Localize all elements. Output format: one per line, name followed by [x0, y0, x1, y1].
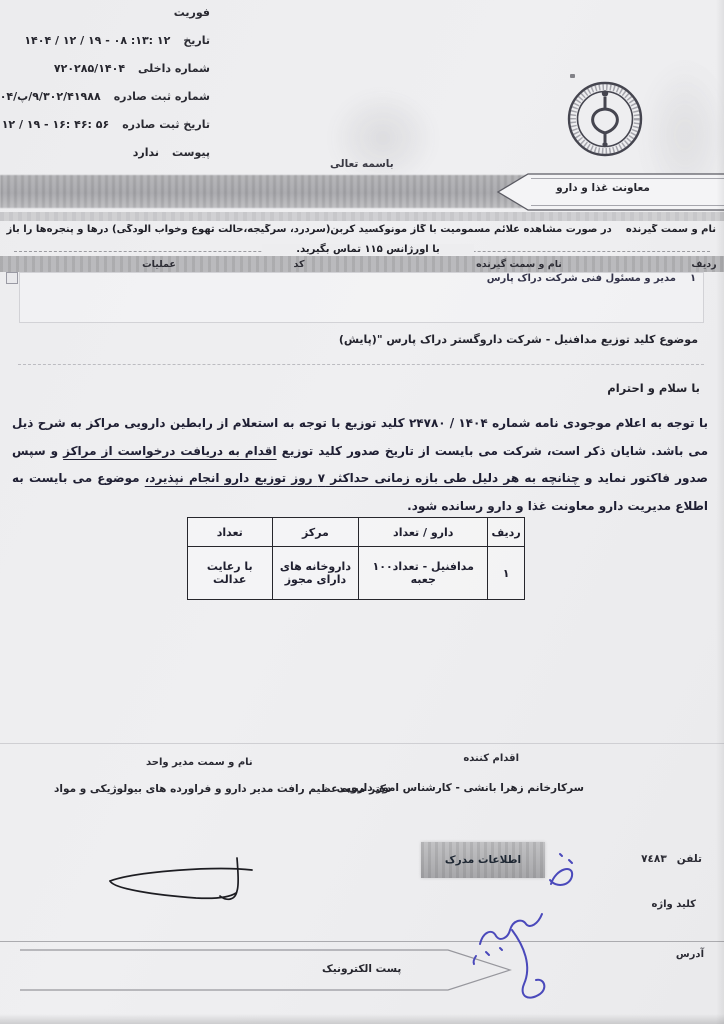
col-name: نام و سمت گیرنده	[354, 259, 684, 270]
header-count: تعداد	[188, 518, 273, 547]
attachment-value: ندارد	[133, 146, 159, 159]
cell-center: داروخانه های دارای مجوز	[272, 547, 359, 600]
meta-attachment-row: پیوست ندارد	[18, 146, 210, 159]
subject-line: موضوع کلید توزیع مدافنیل - شرکت داروگستر…	[339, 333, 698, 346]
recipient-warning-line: نام و سمت گیرنده در صورت مشاهده علائم مس…	[4, 224, 716, 235]
header-center: مرکز	[272, 518, 359, 547]
co-warning-text-2: با اورژانس ۱۱۵ تماس بگیرید.	[262, 244, 474, 255]
recipient-row-index: ۱	[686, 273, 700, 284]
meta-urgency-row: فوریت	[18, 6, 210, 19]
col-code: کد	[244, 259, 354, 270]
signature-black	[98, 849, 268, 911]
reg-date-value: ۱۴۰۴ / ۱۲ / ۱۹ - ۱۶: ۴۶: ۵۶	[0, 118, 109, 131]
cell-count: با رعایت عدالت	[188, 547, 273, 600]
referenced-letter-number: ۲۴۷۸۰ / ۱۴۰۴	[409, 410, 488, 438]
recipient-row: ۱ مدیر و مسئول فنی شرکت دراک پارس	[30, 273, 700, 284]
university-logo-icon	[565, 76, 645, 160]
divider-line	[0, 743, 724, 744]
internal-no-value: ۷۲۰۲۸۵/۱۴۰۴	[54, 62, 125, 75]
scanned-letter-page: فوریت تاریخ ۱۴۰۴ / ۱۲ / ۱۹ - ۰۸ :۱۳: ۱۲ …	[0, 0, 724, 1024]
signature-blue-handwriting	[452, 852, 587, 1017]
salutation: با سلام و احترام	[607, 381, 700, 395]
besmele-text: باسمه تعالی	[330, 158, 394, 170]
recipient-label: نام و سمت گیرنده	[626, 224, 716, 235]
address-label: آدرس	[676, 949, 704, 960]
cell-drug-qty: مدافنیل - تعداد۱۰۰ جعبه	[359, 547, 488, 600]
scan-bleedthrough-smudge	[328, 88, 438, 188]
header-drug-qty: دارو / تعداد	[359, 518, 488, 547]
recipient-row-name: مدیر و مسئول فنی شرکت دراک پارس	[487, 273, 676, 284]
reg-date-label: تاریخ ثبت صادره	[122, 118, 210, 131]
scan-right-edge	[716, 0, 724, 1024]
drug-table-data-row: ۱ مدافنیل - تعداد۱۰۰ جعبه داروخانه های د…	[188, 547, 525, 600]
keyword-label: کلید واژه	[651, 899, 696, 910]
urgency-label: فوریت	[174, 6, 210, 19]
date-label: تاریخ	[183, 34, 210, 47]
checkbox-icon	[6, 272, 18, 284]
body-underlined-text: چنانچه به هر دلیل طی بازه زمانی حداکثر ۷…	[145, 471, 580, 485]
cell-radif: ۱	[488, 547, 525, 600]
manager-name: دکتر محمدعظیم رافت مدیر دارو و فراورده ه…	[54, 783, 391, 795]
scan-bottom-edge	[0, 1014, 724, 1024]
meta-reg-no-row: شماره ثبت صادره ص/۱۴۰۴/پ/۹/۳۰۲/۴۱۹۸۸	[18, 90, 210, 103]
reg-no-value: ص/۱۴۰۴/پ/۹/۳۰۲/۴۱۹۸۸	[0, 90, 101, 103]
co-warning-text: در صورت مشاهده علائم مسمومیت با گاز مونو…	[4, 224, 612, 235]
date-value: ۱۴۰۴ / ۱۲ / ۱۹ - ۰۸ :۱۳: ۱۲	[24, 34, 170, 47]
deputy-ribbon-title: معاونت غذا و دارو	[548, 182, 658, 194]
body-underlined-text: اقدام به دریافت درخواست از مراکز	[63, 444, 277, 458]
body-text: با توجه به اعلام موجودی نامه شماره	[488, 416, 708, 430]
attachment-label: پیوست	[172, 146, 210, 159]
header-radif: ردیف	[488, 518, 525, 547]
drug-table-header-row: ردیف دارو / تعداد مرکز تعداد	[188, 518, 525, 547]
phone-row: تلفن ٧٤٨٣	[641, 853, 702, 865]
meta-internal-no-row: شماره داخلی ۷۲۰۲۸۵/۱۴۰۴	[18, 62, 210, 75]
divider-dotted	[18, 364, 704, 365]
recipient-table-header: ردیف نام و سمت گیرنده کد عملیات	[0, 256, 724, 272]
meta-reg-date-row: تاریخ ثبت صادره ۱۴۰۴ / ۱۲ / ۱۹ - ۱۶: ۴۶:…	[18, 118, 210, 131]
phone-label: تلفن	[677, 853, 702, 865]
actor-label: اقدام کننده	[463, 753, 519, 764]
col-operations: عملیات	[74, 259, 244, 270]
drug-distribution-table: ردیف دارو / تعداد مرکز تعداد ۱ مدافنیل -…	[187, 517, 525, 600]
divider-line	[0, 941, 724, 942]
reg-no-label: شماره ثبت صادره	[114, 90, 210, 103]
manager-label: نام و سمت مدیر واحد	[146, 757, 253, 768]
body-paragraph: با توجه به اعلام موجودی نامه شماره ۲۴۷۸۰…	[12, 410, 708, 520]
meta-date-row: تاریخ ۱۴۰۴ / ۱۲ / ۱۹ - ۰۸ :۱۳: ۱۲	[18, 34, 210, 47]
letter-meta-block: فوریت تاریخ ۱۴۰۴ / ۱۲ / ۱۹ - ۰۸ :۱۳: ۱۲ …	[18, 6, 210, 174]
footer-arrow-shape	[20, 946, 516, 994]
email-label: پست الکترونیک	[322, 963, 401, 975]
internal-no-label: شماره داخلی	[138, 62, 210, 75]
phone-value: ٧٤٨٣	[641, 853, 667, 865]
